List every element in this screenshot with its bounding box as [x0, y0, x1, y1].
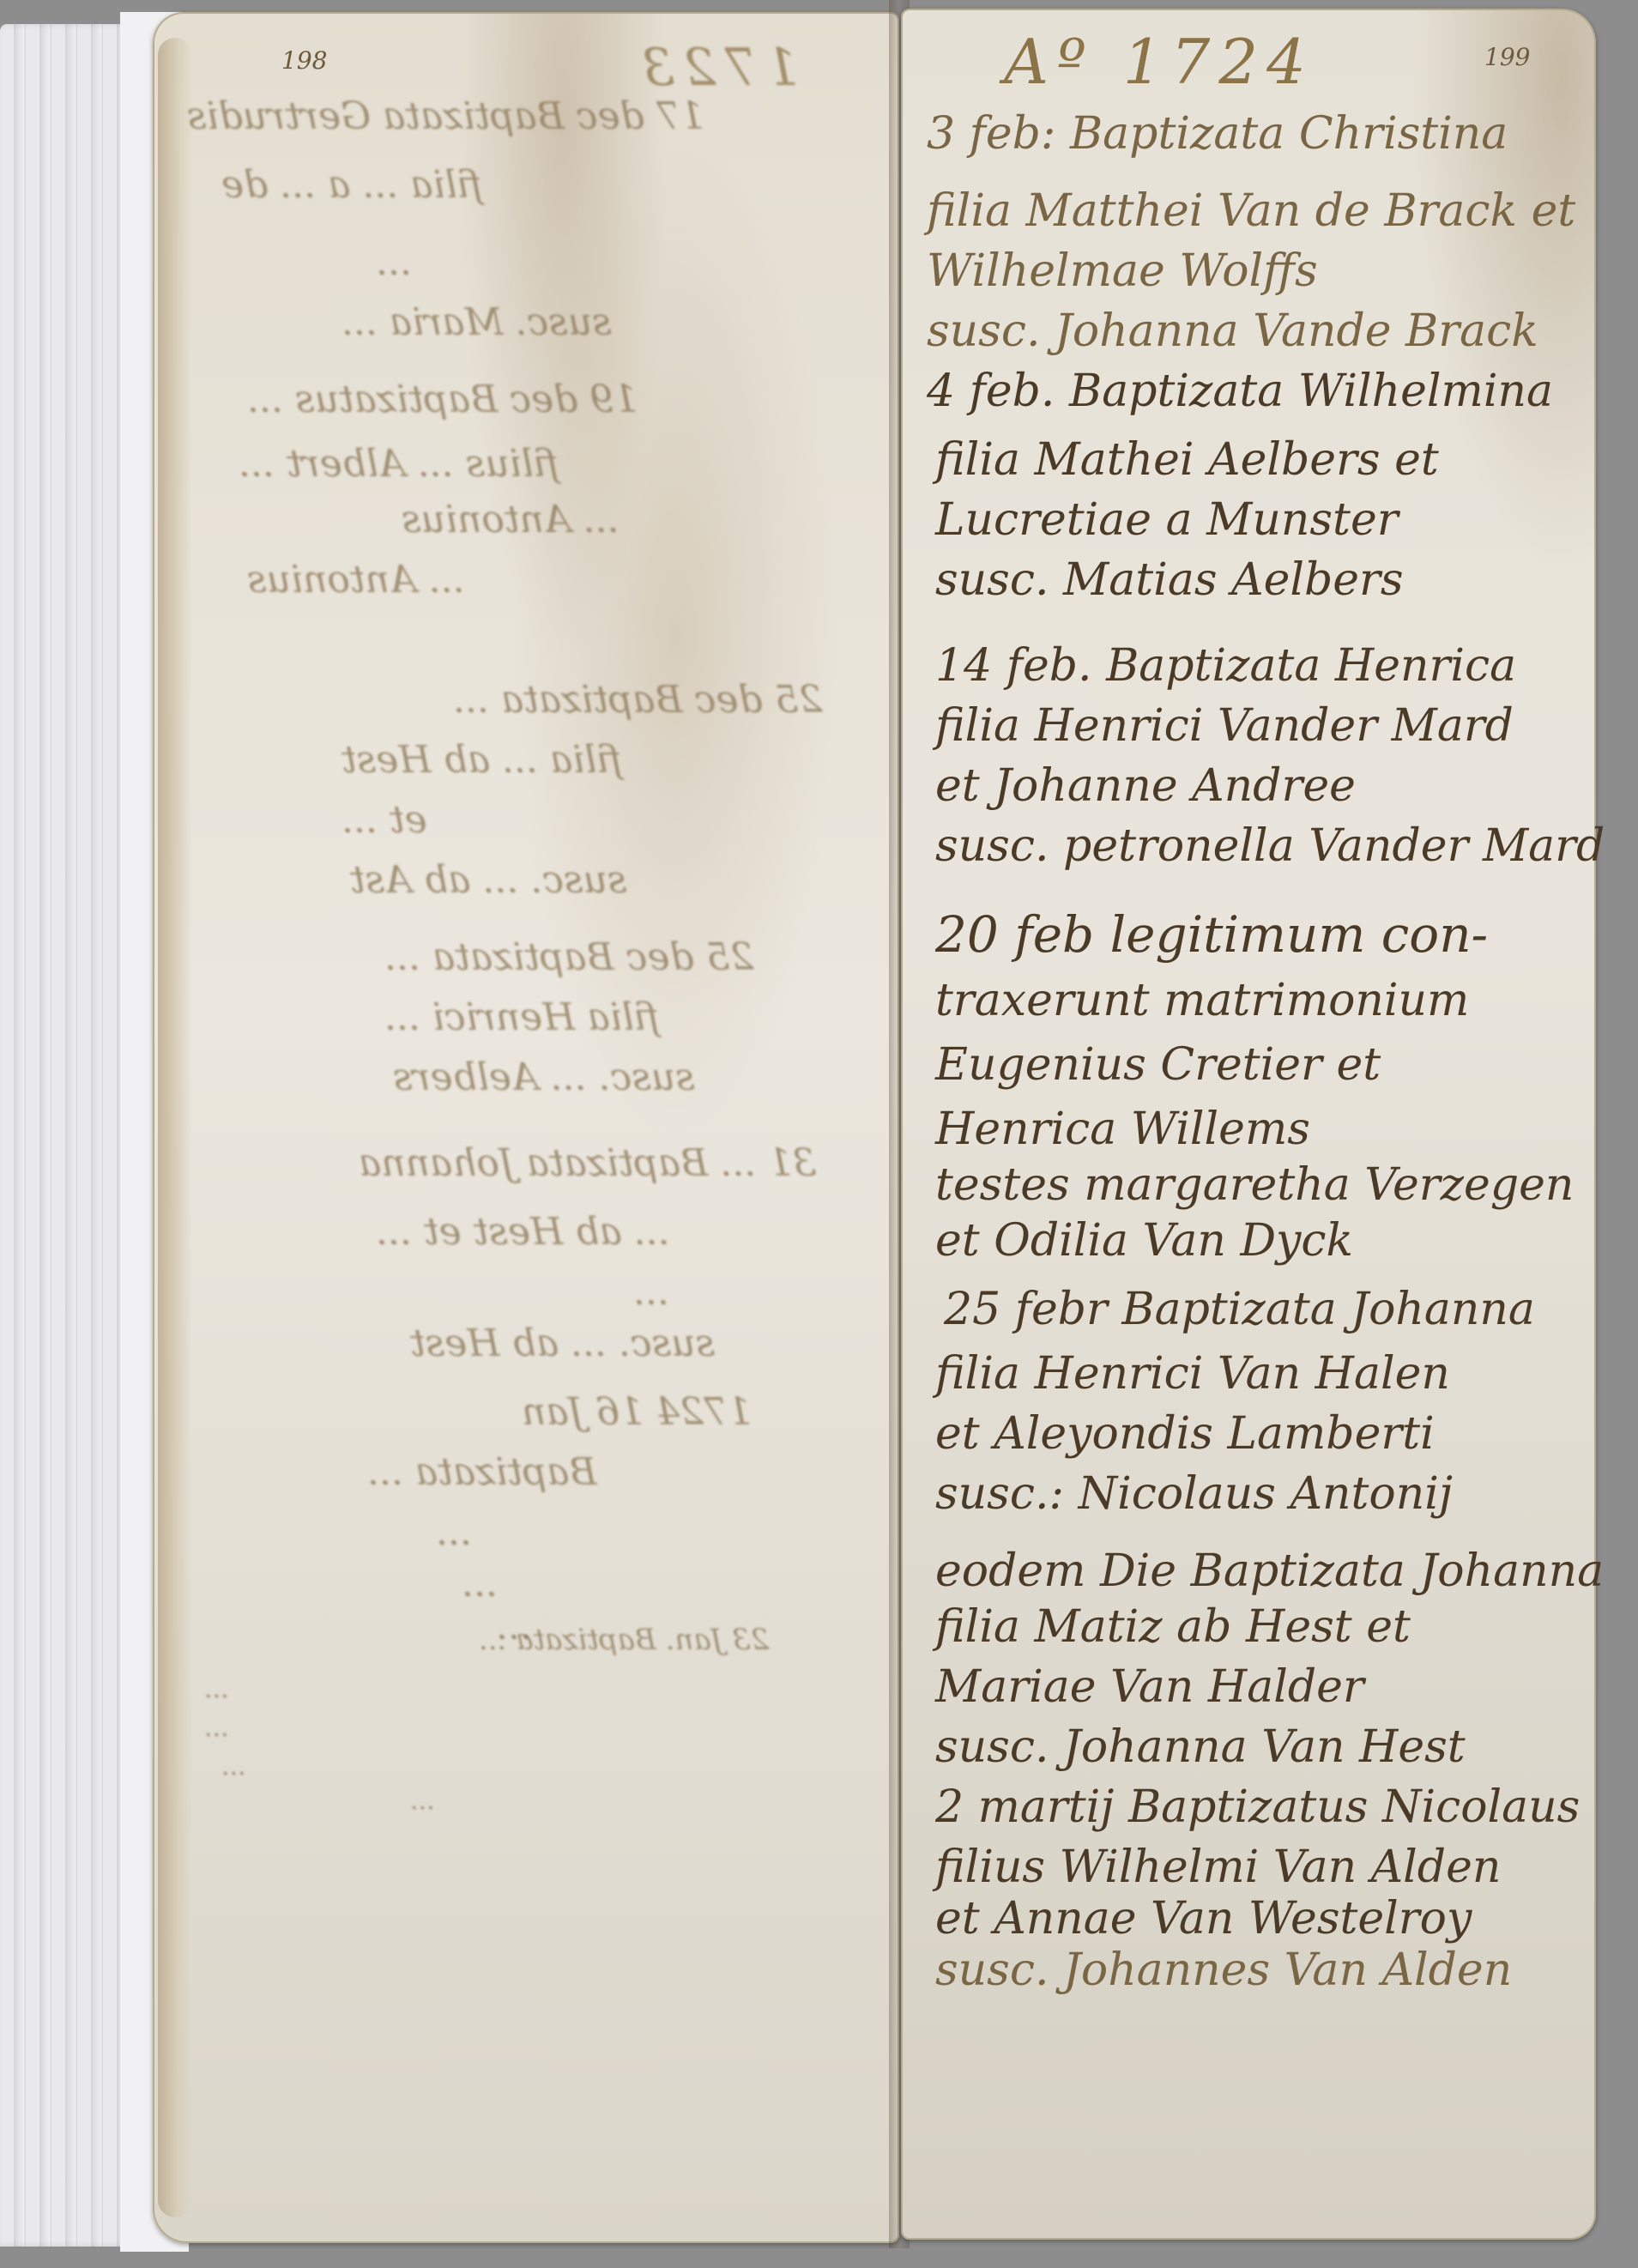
entry-line: filia Henrici Vander Mard	[935, 704, 1514, 748]
left-line: 1724 16 Jan	[522, 1394, 752, 1431]
entry-line: et Aleyondis Lamberti	[935, 1412, 1435, 1456]
left-line: susc. ... ab Ast	[350, 862, 626, 899]
entry-line: filia Matiz ab Hest et	[935, 1605, 1411, 1649]
entry-line: susc. Johanna Vande Brack	[927, 309, 1538, 354]
left-line: 25 dec Baptizata ...	[384, 939, 754, 977]
left-page-number: 198	[281, 46, 327, 75]
left-line: ... Antonius	[402, 501, 620, 539]
entry-line: filia Mathei Aelbers et	[935, 438, 1439, 482]
entry-line: 4 feb. Baptizata Wilhelmina	[927, 369, 1553, 414]
left-line: ... ab Hest et ...	[376, 1213, 670, 1251]
left-line: ... Antonius	[247, 561, 465, 599]
entry-line: 14 feb. Baptizata Henrica	[935, 644, 1516, 688]
left-line: ...	[436, 1514, 472, 1551]
entry-line: et Odilia Van Dyck	[935, 1219, 1353, 1263]
entry-line: susc. Matias Aelbers	[935, 558, 1404, 602]
entry-line: susc. Johanna Van Hest	[935, 1725, 1466, 1769]
entry-line: et Annae Van Westelroy	[935, 1896, 1472, 1941]
entry-line: susc.: Nicolaus Antonij	[935, 1472, 1453, 1516]
entry-line: filia Matthei Van de Brack et	[927, 189, 1575, 233]
left-line: ...	[204, 1677, 229, 1703]
left-page-year-header: 1723	[633, 38, 799, 98]
entry-line: filia Henrici Van Halen	[935, 1352, 1450, 1396]
left-line: 17 dec Baptizata Gertrudis	[187, 98, 704, 136]
left-line: ...	[221, 1754, 246, 1780]
entry-line: 20 feb legitimum con-	[935, 910, 1488, 959]
entry-line: 3 feb: Baptizata Christina	[927, 112, 1508, 156]
entry-line: eodem Die Baptizata Johanna	[935, 1549, 1604, 1594]
entry-line: 25 febr Baptizata Johanna	[944, 1287, 1535, 1332]
left-line: et ...	[342, 801, 427, 839]
entry-line: Henrica Willems	[935, 1107, 1310, 1152]
left-line: filia Henrici ...	[384, 999, 659, 1037]
right-page: Aº 1724 199 3 feb: Baptizata Christina f…	[901, 9, 1596, 2240]
left-line: filius ... Albert ...	[239, 445, 559, 483]
left-line: filia ... ab Hest	[342, 741, 622, 779]
entry-line: Mariae Van Halder	[935, 1665, 1364, 1709]
entry-line: Wilhelmae Wolffs	[927, 249, 1318, 293]
left-page: 198 1723 17 dec Baptizata Gertrudis fili…	[153, 12, 899, 2243]
entry-line: susc. Johannes Van Alden	[935, 1948, 1512, 1993]
left-line: ...	[410, 1788, 435, 1814]
left-line: ...	[204, 1715, 229, 1741]
entry-line: Eugenius Cretier et	[935, 1043, 1381, 1087]
entry-line: Lucretiae a Munster	[935, 498, 1399, 542]
entry-line: 2 martij Baptizatus Nicolaus	[935, 1785, 1580, 1830]
left-line: 31 ... Baptizata Johanna	[359, 1145, 816, 1182]
right-page-year-header: Aº 1724	[1004, 26, 1315, 98]
right-page-number: 199	[1484, 43, 1530, 71]
left-line: Baptizata ...	[367, 1454, 597, 1491]
entry-line: traxerunt matrimonium	[935, 978, 1469, 1023]
left-line: ...	[376, 244, 412, 281]
left-line: ...	[462, 1565, 498, 1603]
entry-line: et Johanne Andree	[935, 764, 1356, 808]
manuscript-scan: 198 1723 17 dec Baptizata Gertrudis fili…	[0, 0, 1638, 2268]
entry-line: filius Wilhelmi Van Alden	[935, 1845, 1501, 1890]
left-line: filia ... a ... de	[221, 166, 482, 204]
left-line: susc. ... Aelbers	[393, 1059, 695, 1097]
left-line: 19 dec Baptizatus ...	[247, 381, 638, 419]
left-line: 25 dec Baptizata ...	[453, 681, 823, 719]
left-line: 23 Jan. Baptizata ...	[479, 1625, 769, 1654]
entry-line: testes margaretha Verzegen	[935, 1163, 1574, 1207]
left-line: ...	[633, 1273, 669, 1311]
entry-line: susc. petronella Vander Mard	[935, 824, 1605, 868]
left-line: susc. ... ab Hest	[410, 1325, 715, 1363]
left-line: susc. Maria ...	[342, 304, 612, 342]
